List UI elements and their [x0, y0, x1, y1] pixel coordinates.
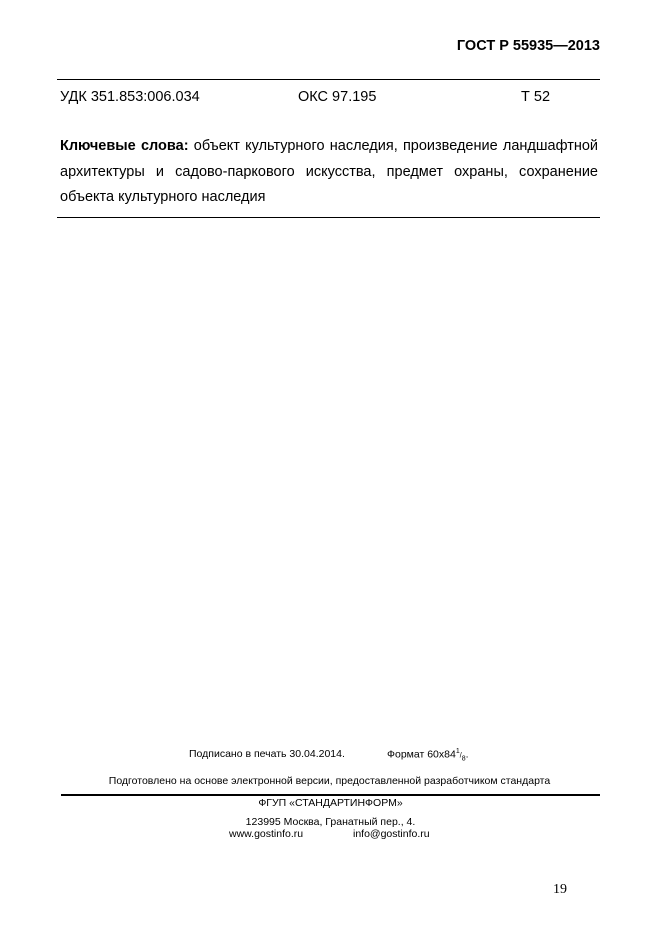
top-divider [57, 79, 600, 80]
publisher-name: ФГУП «СТАНДАРТИНФОРМ» [0, 797, 661, 809]
print-format: Формат 60x841/8. [387, 748, 469, 763]
publisher-email: info@gostinfo.ru [353, 828, 430, 840]
oks-code: ОКС 97.195 [298, 89, 376, 105]
keywords-divider [57, 217, 600, 218]
keywords-label: Ключевые слова: [60, 138, 189, 154]
format-suffix: . [466, 749, 469, 761]
publisher-address: 123995 Москва, Гранатный пер., 4. [0, 816, 661, 828]
signed-to-print: Подписано в печать 30.04.2014. [189, 748, 345, 760]
udk-code: УДК 351.853:006.034 [60, 89, 200, 105]
t-code: Т 52 [521, 89, 550, 105]
document-header-title: ГОСТ Р 55935—2013 [457, 38, 600, 54]
page-number: 19 [553, 882, 567, 898]
prepared-note: Подготовлено на основе электронной верси… [0, 775, 660, 787]
footer-divider [61, 794, 600, 796]
format-text: Формат 60x84 [387, 749, 456, 761]
publisher-website: www.gostinfo.ru [229, 828, 303, 840]
keywords-paragraph: Ключевые слова: объект культурного насле… [60, 134, 598, 211]
